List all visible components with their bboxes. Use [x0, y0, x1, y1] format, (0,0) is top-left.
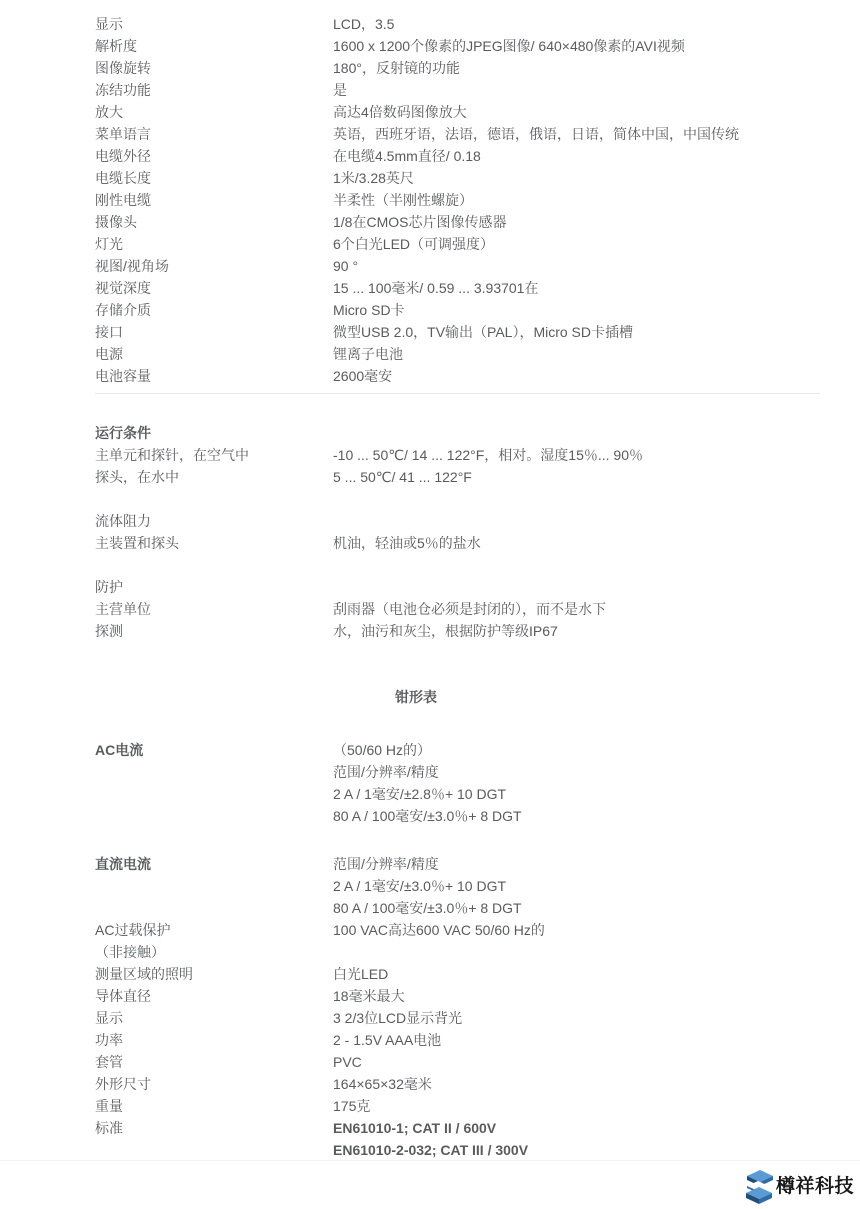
spec-label: 放大	[95, 101, 333, 123]
spec-label: 主单元和探针，在空气中	[95, 444, 333, 466]
spec-value: 5 ... 50℃/ 41 ... 122°F	[333, 466, 820, 488]
spec-value: 80 A / 100毫安/±3.0％+ 8 DGT	[333, 805, 820, 827]
spec-row: 视觉深度15 ... 100毫米/ 0.59 ... 3.93701在	[95, 277, 820, 299]
spec-value: 180°，反射镜的功能	[333, 57, 820, 79]
spec-label	[95, 488, 333, 510]
spec-value: 水，油污和灰尘，根据防护等级IP67	[333, 620, 820, 642]
spec-label: 重量	[95, 1095, 333, 1117]
spec-label: 主营单位	[95, 598, 333, 620]
spec-row: 主装置和探头机油，轻油或5％的盐水	[95, 532, 820, 554]
spec-label: 标准	[95, 1117, 333, 1139]
spec-label: 电缆外径	[95, 145, 333, 167]
section-divider	[95, 393, 820, 394]
spec-value	[333, 488, 820, 510]
spec-row: 接口微型USB 2.0，TV输出（PAL），Micro SD卡插槽	[95, 321, 820, 343]
spacer-row	[95, 554, 820, 576]
spec-row: 测量区域的照明白光LED	[95, 963, 820, 985]
spec-label	[95, 827, 333, 853]
spec-row: 重量175克	[95, 1095, 820, 1117]
spec-label: 显示	[95, 13, 333, 35]
spec-value: LCD，3.5	[333, 13, 820, 35]
spec-row: 图像旋转180°，反射镜的功能	[95, 57, 820, 79]
spec-row: 80 A / 100毫安/±3.0％+ 8 DGT	[95, 897, 820, 919]
spec-row: 刚性电缆半柔性（半刚性螺旋）	[95, 189, 820, 211]
spec-label: 防护	[95, 576, 333, 598]
spec-row: 导体直径18毫米最大	[95, 985, 820, 1007]
spec-value: 1/8在CMOS芯片图像传感器	[333, 211, 820, 233]
spec-label: 套管	[95, 1051, 333, 1073]
spec-row: 套管PVC	[95, 1051, 820, 1073]
spec-label: 直流电流	[95, 853, 333, 875]
spec-label: 灯光	[95, 233, 333, 255]
spec-row: 显示3 2/3位LCD显示背光	[95, 1007, 820, 1029]
stacked-books-icon	[743, 1169, 775, 1205]
spec-value: 6个白光LED（可调强度）	[333, 233, 820, 255]
spec-row: 外形尺寸164×65×32毫米	[95, 1073, 820, 1095]
spec-document: 显示LCD，3.5解析度1600 x 1200个像素的JPEG图像/ 640×4…	[0, 0, 860, 1161]
spec-row: 主单元和探针，在空气中-10 ... 50℃/ 14 ... 122°F，相对。…	[95, 444, 820, 466]
spec-label: 主装置和探头	[95, 532, 333, 554]
spec-label: 显示	[95, 1007, 333, 1029]
section-clamp-meter-specs: AC电流（50/60 Hz的）范围/分辨率/精度2 A / 1毫安/±2.8％+…	[95, 739, 820, 1161]
spec-value: 英语，西班牙语，法语，德语，俄语，日语，简体中国，中国传统	[333, 123, 820, 145]
spec-label	[95, 897, 333, 919]
spec-label: 解析度	[95, 35, 333, 57]
company-logo: 樽祥科技	[743, 1169, 854, 1205]
spec-row: AC过载保护100 VAC高达600 VAC 50/60 Hz的	[95, 919, 820, 941]
spec-row: （非接触）	[95, 941, 820, 963]
spec-label	[95, 554, 333, 576]
spec-label: （非接触）	[95, 941, 333, 963]
spec-value: 164×65×32毫米	[333, 1073, 820, 1095]
spec-label: 存储介质	[95, 299, 333, 321]
spec-label: 视图/视角场	[95, 255, 333, 277]
spec-row: 显示LCD，3.5	[95, 13, 820, 35]
spec-row: 标准EN61010-1; CAT II / 600V	[95, 1117, 820, 1139]
spec-value: 90 °	[333, 255, 820, 277]
spec-row: 电缆长度1米/3.28英尺	[95, 167, 820, 189]
spec-label: 功率	[95, 1029, 333, 1051]
spec-value: 是	[333, 79, 820, 101]
spec-label: 测量区域的照明	[95, 963, 333, 985]
spec-label	[95, 805, 333, 827]
company-logo-text: 樽祥科技	[776, 1169, 854, 1205]
spec-label: 电池容量	[95, 365, 333, 387]
spec-row: 探测水，油污和灰尘，根据防护等级IP67	[95, 620, 820, 642]
spec-row: 运行条件	[95, 422, 820, 444]
spec-value: 175克	[333, 1095, 820, 1117]
section-operating-conditions: 运行条件主单元和探针，在空气中-10 ... 50℃/ 14 ... 122°F…	[95, 422, 820, 642]
spec-label	[95, 761, 333, 783]
spec-row: 功率2 - 1.5V AAA电池	[95, 1029, 820, 1051]
spec-value: 微型USB 2.0，TV输出（PAL），Micro SD卡插槽	[333, 321, 820, 343]
spec-row: 摄像头1/8在CMOS芯片图像传感器	[95, 211, 820, 233]
spec-row: 电缆外径在电缆4.5mm直径/ 0.18	[95, 145, 820, 167]
spec-value: 高达4倍数码图像放大	[333, 101, 820, 123]
spec-row: 流体阻力	[95, 510, 820, 532]
spec-label: 刚性电缆	[95, 189, 333, 211]
spec-value: 刮雨器（电池仓必须是封闭的），而不是水下	[333, 598, 820, 620]
spec-label: 冻结功能	[95, 79, 333, 101]
footer-divider	[0, 1160, 860, 1161]
spec-label: 导体直径	[95, 985, 333, 1007]
spec-row: 直流电流范围/分辨率/精度	[95, 853, 820, 875]
spec-label: 探头，在水中	[95, 466, 333, 488]
spec-value: 2 A / 1毫安/±3.0％+ 10 DGT	[333, 875, 820, 897]
spec-label: 电缆长度	[95, 167, 333, 189]
spec-row: 探头，在水中5 ... 50℃/ 41 ... 122°F	[95, 466, 820, 488]
spec-label: 电源	[95, 343, 333, 365]
spec-value: 3 2/3位LCD显示背光	[333, 1007, 820, 1029]
spec-value: -10 ... 50℃/ 14 ... 122°F，相对。湿度15％... 90…	[333, 444, 820, 466]
spec-value	[333, 554, 820, 576]
spec-value	[333, 827, 820, 853]
spec-value: 18毫米最大	[333, 985, 820, 1007]
spec-row: 存储介质Micro SD卡	[95, 299, 820, 321]
clamp-meter-heading: 钳形表	[95, 686, 820, 708]
section-borescope-specs: 显示LCD，3.5解析度1600 x 1200个像素的JPEG图像/ 640×4…	[95, 13, 820, 387]
spec-row: 冻结功能是	[95, 79, 820, 101]
spec-row: AC电流（50/60 Hz的）	[95, 739, 820, 761]
spec-label: 视觉深度	[95, 277, 333, 299]
spec-value: Micro SD卡	[333, 299, 820, 321]
spec-value: EN61010-1; CAT II / 600V	[333, 1117, 820, 1139]
spec-value: 机油，轻油或5％的盐水	[333, 532, 820, 554]
spec-row: 放大高达4倍数码图像放大	[95, 101, 820, 123]
spec-row: 电池容量2600毫安	[95, 365, 820, 387]
spec-row: 2 A / 1毫安/±2.8％+ 10 DGT	[95, 783, 820, 805]
spec-value: 2600毫安	[333, 365, 820, 387]
spec-row: 解析度1600 x 1200个像素的JPEG图像/ 640×480像素的AVI视…	[95, 35, 820, 57]
spec-value: 半柔性（半刚性螺旋）	[333, 189, 820, 211]
spec-value: 100 VAC高达600 VAC 50/60 Hz的	[333, 919, 820, 941]
spec-row: 电源锂离子电池	[95, 343, 820, 365]
spacer-row	[95, 488, 820, 510]
spec-value	[333, 510, 820, 532]
spec-label: 摄像头	[95, 211, 333, 233]
spec-label: 菜单语言	[95, 123, 333, 145]
spec-row: 范围/分辨率/精度	[95, 761, 820, 783]
spec-value: 80 A / 100毫安/±3.0％+ 8 DGT	[333, 897, 820, 919]
spec-row: 80 A / 100毫安/±3.0％+ 8 DGT	[95, 805, 820, 827]
spec-label	[95, 1139, 333, 1161]
spec-value: 2 A / 1毫安/±2.8％+ 10 DGT	[333, 783, 820, 805]
spec-value: 1米/3.28英尺	[333, 167, 820, 189]
spec-label: 运行条件	[95, 422, 333, 444]
spec-value: （50/60 Hz的）	[333, 739, 820, 761]
spec-row: 主营单位刮雨器（电池仓必须是封闭的），而不是水下	[95, 598, 820, 620]
spec-row: 灯光6个白光LED（可调强度）	[95, 233, 820, 255]
spec-row: 防护	[95, 576, 820, 598]
spec-label: 探测	[95, 620, 333, 642]
spec-value: 范围/分辨率/精度	[333, 853, 820, 875]
spec-row: 菜单语言英语，西班牙语，法语，德语，俄语，日语，简体中国，中国传统	[95, 123, 820, 145]
spec-label: 外形尺寸	[95, 1073, 333, 1095]
spec-value: 范围/分辨率/精度	[333, 761, 820, 783]
spec-label: 图像旋转	[95, 57, 333, 79]
spec-value: 2 - 1.5V AAA电池	[333, 1029, 820, 1051]
spec-label: AC电流	[95, 739, 333, 761]
spec-label: AC过载保护	[95, 919, 333, 941]
spacer-row	[95, 827, 820, 853]
spec-value: PVC	[333, 1051, 820, 1073]
spec-label	[95, 875, 333, 897]
spec-value: 白光LED	[333, 963, 820, 985]
spec-row: 2 A / 1毫安/±3.0％+ 10 DGT	[95, 875, 820, 897]
spec-value: 15 ... 100毫米/ 0.59 ... 3.93701在	[333, 277, 820, 299]
spec-row: 视图/视角场90 °	[95, 255, 820, 277]
spec-value: 在电缆4.5mm直径/ 0.18	[333, 145, 820, 167]
spec-label: 接口	[95, 321, 333, 343]
spec-value: EN61010-2-032; CAT III / 300V	[333, 1139, 820, 1161]
spec-label: 流体阻力	[95, 510, 333, 532]
spec-row: EN61010-2-032; CAT III / 300V	[95, 1139, 820, 1161]
spec-value: 1600 x 1200个像素的JPEG图像/ 640×480像素的AVI视频	[333, 35, 820, 57]
spec-value	[333, 422, 820, 444]
spec-value	[333, 941, 820, 963]
spec-value: 锂离子电池	[333, 343, 820, 365]
spec-label	[95, 783, 333, 805]
spec-value	[333, 576, 820, 598]
